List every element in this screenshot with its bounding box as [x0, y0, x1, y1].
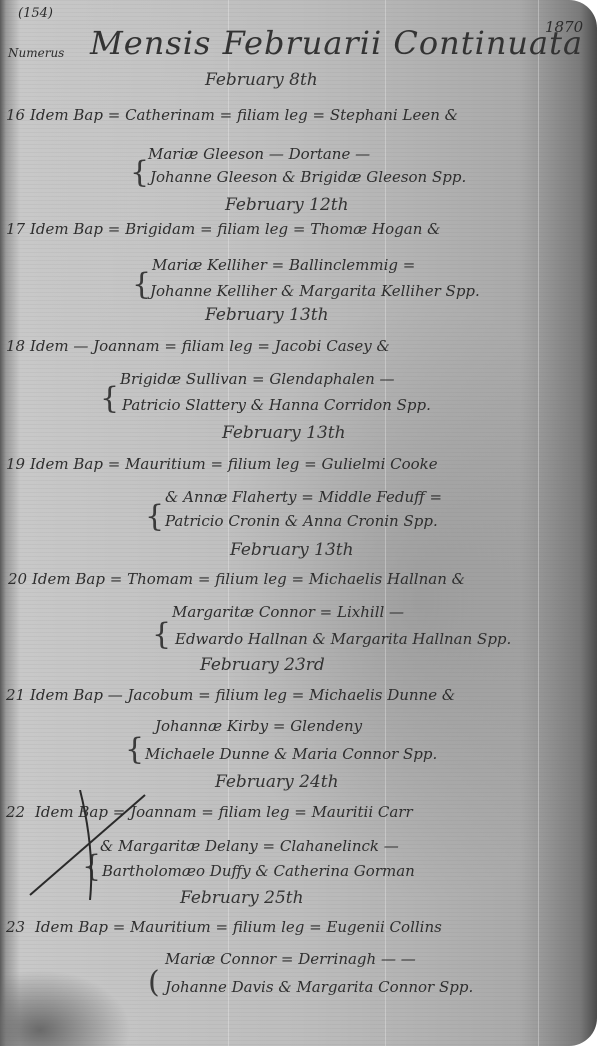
brace-mark: { — [82, 852, 101, 882]
brace-mark: { — [152, 620, 171, 650]
date-heading: February 8th — [205, 70, 318, 90]
brace-mark: { — [132, 270, 151, 300]
folio-number: (154) — [18, 6, 53, 21]
numerus-label: Numerus — [8, 46, 64, 60]
entry-line-3: Edwardo Hallnan & Margarita Hallnan Spp. — [175, 630, 511, 648]
entry-date: February 13th — [205, 305, 329, 325]
entry-date: February 13th — [222, 423, 346, 443]
brace-mark: ( — [148, 968, 160, 998]
entry-line-2: & Annæ Flaherty = Middle Feduff = — [165, 488, 442, 506]
entry-line-3: Johanne Davis & Margarita Connor Spp. — [165, 978, 473, 996]
entry-line-2: Johannæ Kirby = Glendeny — [155, 717, 362, 735]
entry-date: February 24th — [215, 772, 339, 792]
entry-line-3: Johanne Gleeson & Brigidæ Gleeson Spp. — [150, 168, 466, 186]
entry-line-2: Mariæ Gleeson — Dortane — — [148, 145, 370, 163]
entry-line-1: Idem Bap = Catherinam = filiam leg = Ste… — [30, 106, 458, 124]
entry-line-1: Idem Bap — Jacobum = filium leg = Michae… — [30, 686, 455, 704]
entry-line-2: Brigidæ Sullivan = Glendaphalen — — [120, 370, 395, 388]
register-page-scan: (154) 1870 Numerus Mensis Februarii Cont… — [0, 0, 597, 1046]
entry-line-1: Idem Bap = Mauritium = filium leg = Euge… — [35, 918, 442, 936]
entry-line-1: Idem Bap = Brigidam = filiam leg = Thomæ… — [30, 220, 440, 238]
brace-mark: { — [100, 384, 119, 414]
entry-line-1: Idem Bap = Mauritium = filium leg = Guli… — [30, 455, 438, 473]
entry-number: 16 — [6, 106, 25, 124]
entry-date: February 25th — [180, 888, 304, 908]
brace-mark: { — [125, 735, 144, 765]
entry-date: February 12th — [225, 195, 349, 215]
brace-mark: { — [130, 158, 149, 188]
entry-line-3: Patricio Slattery & Hanna Corridon Spp. — [122, 396, 431, 414]
entry-number: 22 — [6, 803, 25, 821]
entry-number: 21 — [6, 686, 25, 704]
entry-date: February 23rd — [200, 655, 325, 675]
entry-line-3: Michaele Dunne & Maria Connor Spp. — [145, 745, 437, 763]
entry-number: 23 — [6, 918, 25, 936]
entry-line-3: Patricio Cronin & Anna Cronin Spp. — [165, 512, 438, 530]
entry-number: 18 — [6, 337, 25, 355]
entry-line-2: Mariæ Connor = Derrinagh — — — [165, 950, 416, 968]
entry-number: 20 — [8, 570, 27, 588]
entry-line-2: Mariæ Kelliher = Ballinclemmig = — [152, 256, 415, 274]
entry-line-3: Bartholomæo Duffy & Catherina Gorman — [102, 862, 415, 880]
entry-line-2: Margaritæ Connor = Lixhill — — [172, 603, 404, 621]
entry-number: 17 — [6, 220, 25, 238]
entry-line-1: Idem Bap = Thomam = filium leg = Michael… — [32, 570, 465, 588]
brace-mark: { — [145, 502, 164, 532]
entry-number: 19 — [6, 455, 25, 473]
entry-date: February 13th — [230, 540, 354, 560]
page-title: Mensis Februarii Continuata — [90, 24, 583, 62]
entry-line-1: Idem Bap = Joannam = filiam leg = Maurit… — [35, 803, 413, 821]
entry-line-1: Idem — Joannam = filiam leg = Jacobi Cas… — [30, 337, 390, 355]
entry-line-2: & Margaritæ Delany = Clahanelinck — — [100, 837, 399, 855]
column-rule — [538, 0, 539, 1046]
entry-line-3: Johanne Kelliher & Margarita Kelliher Sp… — [150, 282, 480, 300]
